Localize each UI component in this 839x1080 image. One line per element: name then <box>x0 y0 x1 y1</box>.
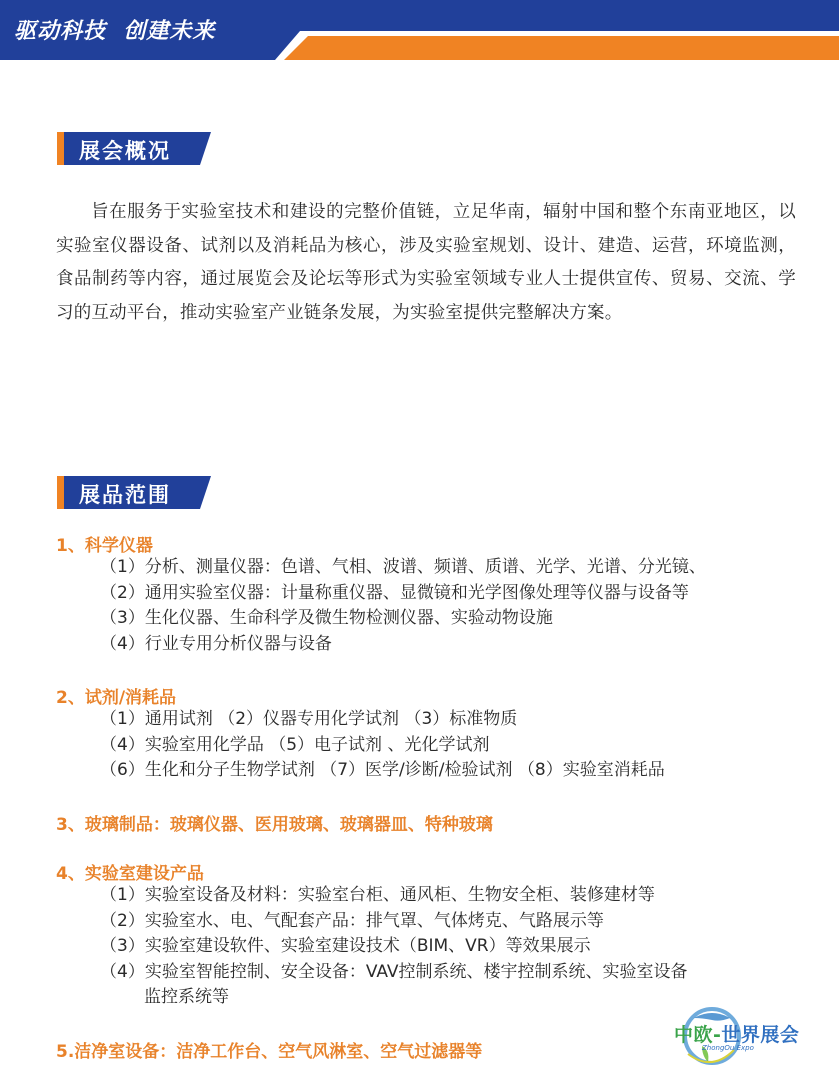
list-item: （6）生化和分子生物学试剂 （7）医学/诊断/检验试剂 （8）实验室消耗品 <box>100 758 665 784</box>
header-slogan: 驱动科技 创建未来 <box>14 14 215 45</box>
category-items: （1）分析、测量仪器：色谱、气相、波谱、频谱、质谱、光学、光谱、分光镜、 （2）… <box>100 555 706 657</box>
category-items: （1）通用试剂 （2）仪器专用化学试剂 （3）标准物质 （4）实验室用化学品 （… <box>100 707 665 784</box>
logo-subtitle: ZhongOu Expo <box>702 1044 754 1052</box>
category-items: （1）实验室设备及材料：实验室台柜、通风柜、生物安全柜、装修建材等 （2）实验室… <box>100 883 688 1011</box>
list-item: （4）行业专用分析仪器与设备 <box>100 632 706 658</box>
logo-name-part2: 世界展会 <box>721 1024 799 1046</box>
category-title: 5.洁净室设备：洁净工作台、空气风淋室、空气过滤器等 <box>56 1037 482 1062</box>
list-item: （2）实验室水、电、气配套产品：排气罩、气体烤克、气路展示等 <box>100 909 688 935</box>
expo-logo: 中欧-世界展会 ZhongOu Expo <box>672 1006 832 1066</box>
section-title-scope: 展品范围 <box>79 479 171 509</box>
section-badge-overview: 展会概况 <box>57 132 217 165</box>
list-item: （2）通用实验室仪器：计量称重仪器、显微镜和光学图像处理等仪器与设备等 <box>100 581 706 607</box>
category-title: 1、科学仪器 <box>56 531 153 556</box>
category-title: 4、实验室建设产品 <box>56 859 204 884</box>
list-item: （1）分析、测量仪器：色谱、气相、波谱、频谱、质谱、光学、光谱、分光镜、 <box>100 555 706 581</box>
list-item: （1）通用试剂 （2）仪器专用化学试剂 （3）标准物质 <box>100 707 665 733</box>
section-badge-scope: 展品范围 <box>57 476 217 509</box>
header-banner: 驱动科技 创建未来 <box>0 0 839 60</box>
logo-wordmark: 中欧-世界展会 <box>674 1020 799 1047</box>
logo-name-part1: 中欧- <box>674 1024 721 1046</box>
list-item: （4）实验室智能控制、安全设备：VAV控制系统、楼宇控制系统、实验室设备 <box>100 960 688 986</box>
list-item: （3）生化仪器、生命科学及微生物检测仪器、实验动物设施 <box>100 606 706 632</box>
list-item: （1）实验室设备及材料：实验室台柜、通风柜、生物安全柜、装修建材等 <box>100 883 688 909</box>
list-item: （4）实验室用化学品 （5）电子试剂 、光化学试剂 <box>100 733 665 759</box>
category-title: 2、试剂/消耗品 <box>56 683 176 708</box>
overview-paragraph: 旨在服务于实验室技术和建设的完整价值链，立足华南，辐射中国和整个东南亚地区，以实… <box>56 196 796 330</box>
list-item: （3）实验室建设软件、实验室建设技术（BIM、VR）等效果展示 <box>100 934 688 960</box>
category-title: 3、玻璃制品：玻璃仪器、医用玻璃、玻璃器皿、特种玻璃 <box>56 810 493 835</box>
list-item-continuation: 监控系统等 <box>100 985 688 1011</box>
section-title-overview: 展会概况 <box>79 135 171 165</box>
